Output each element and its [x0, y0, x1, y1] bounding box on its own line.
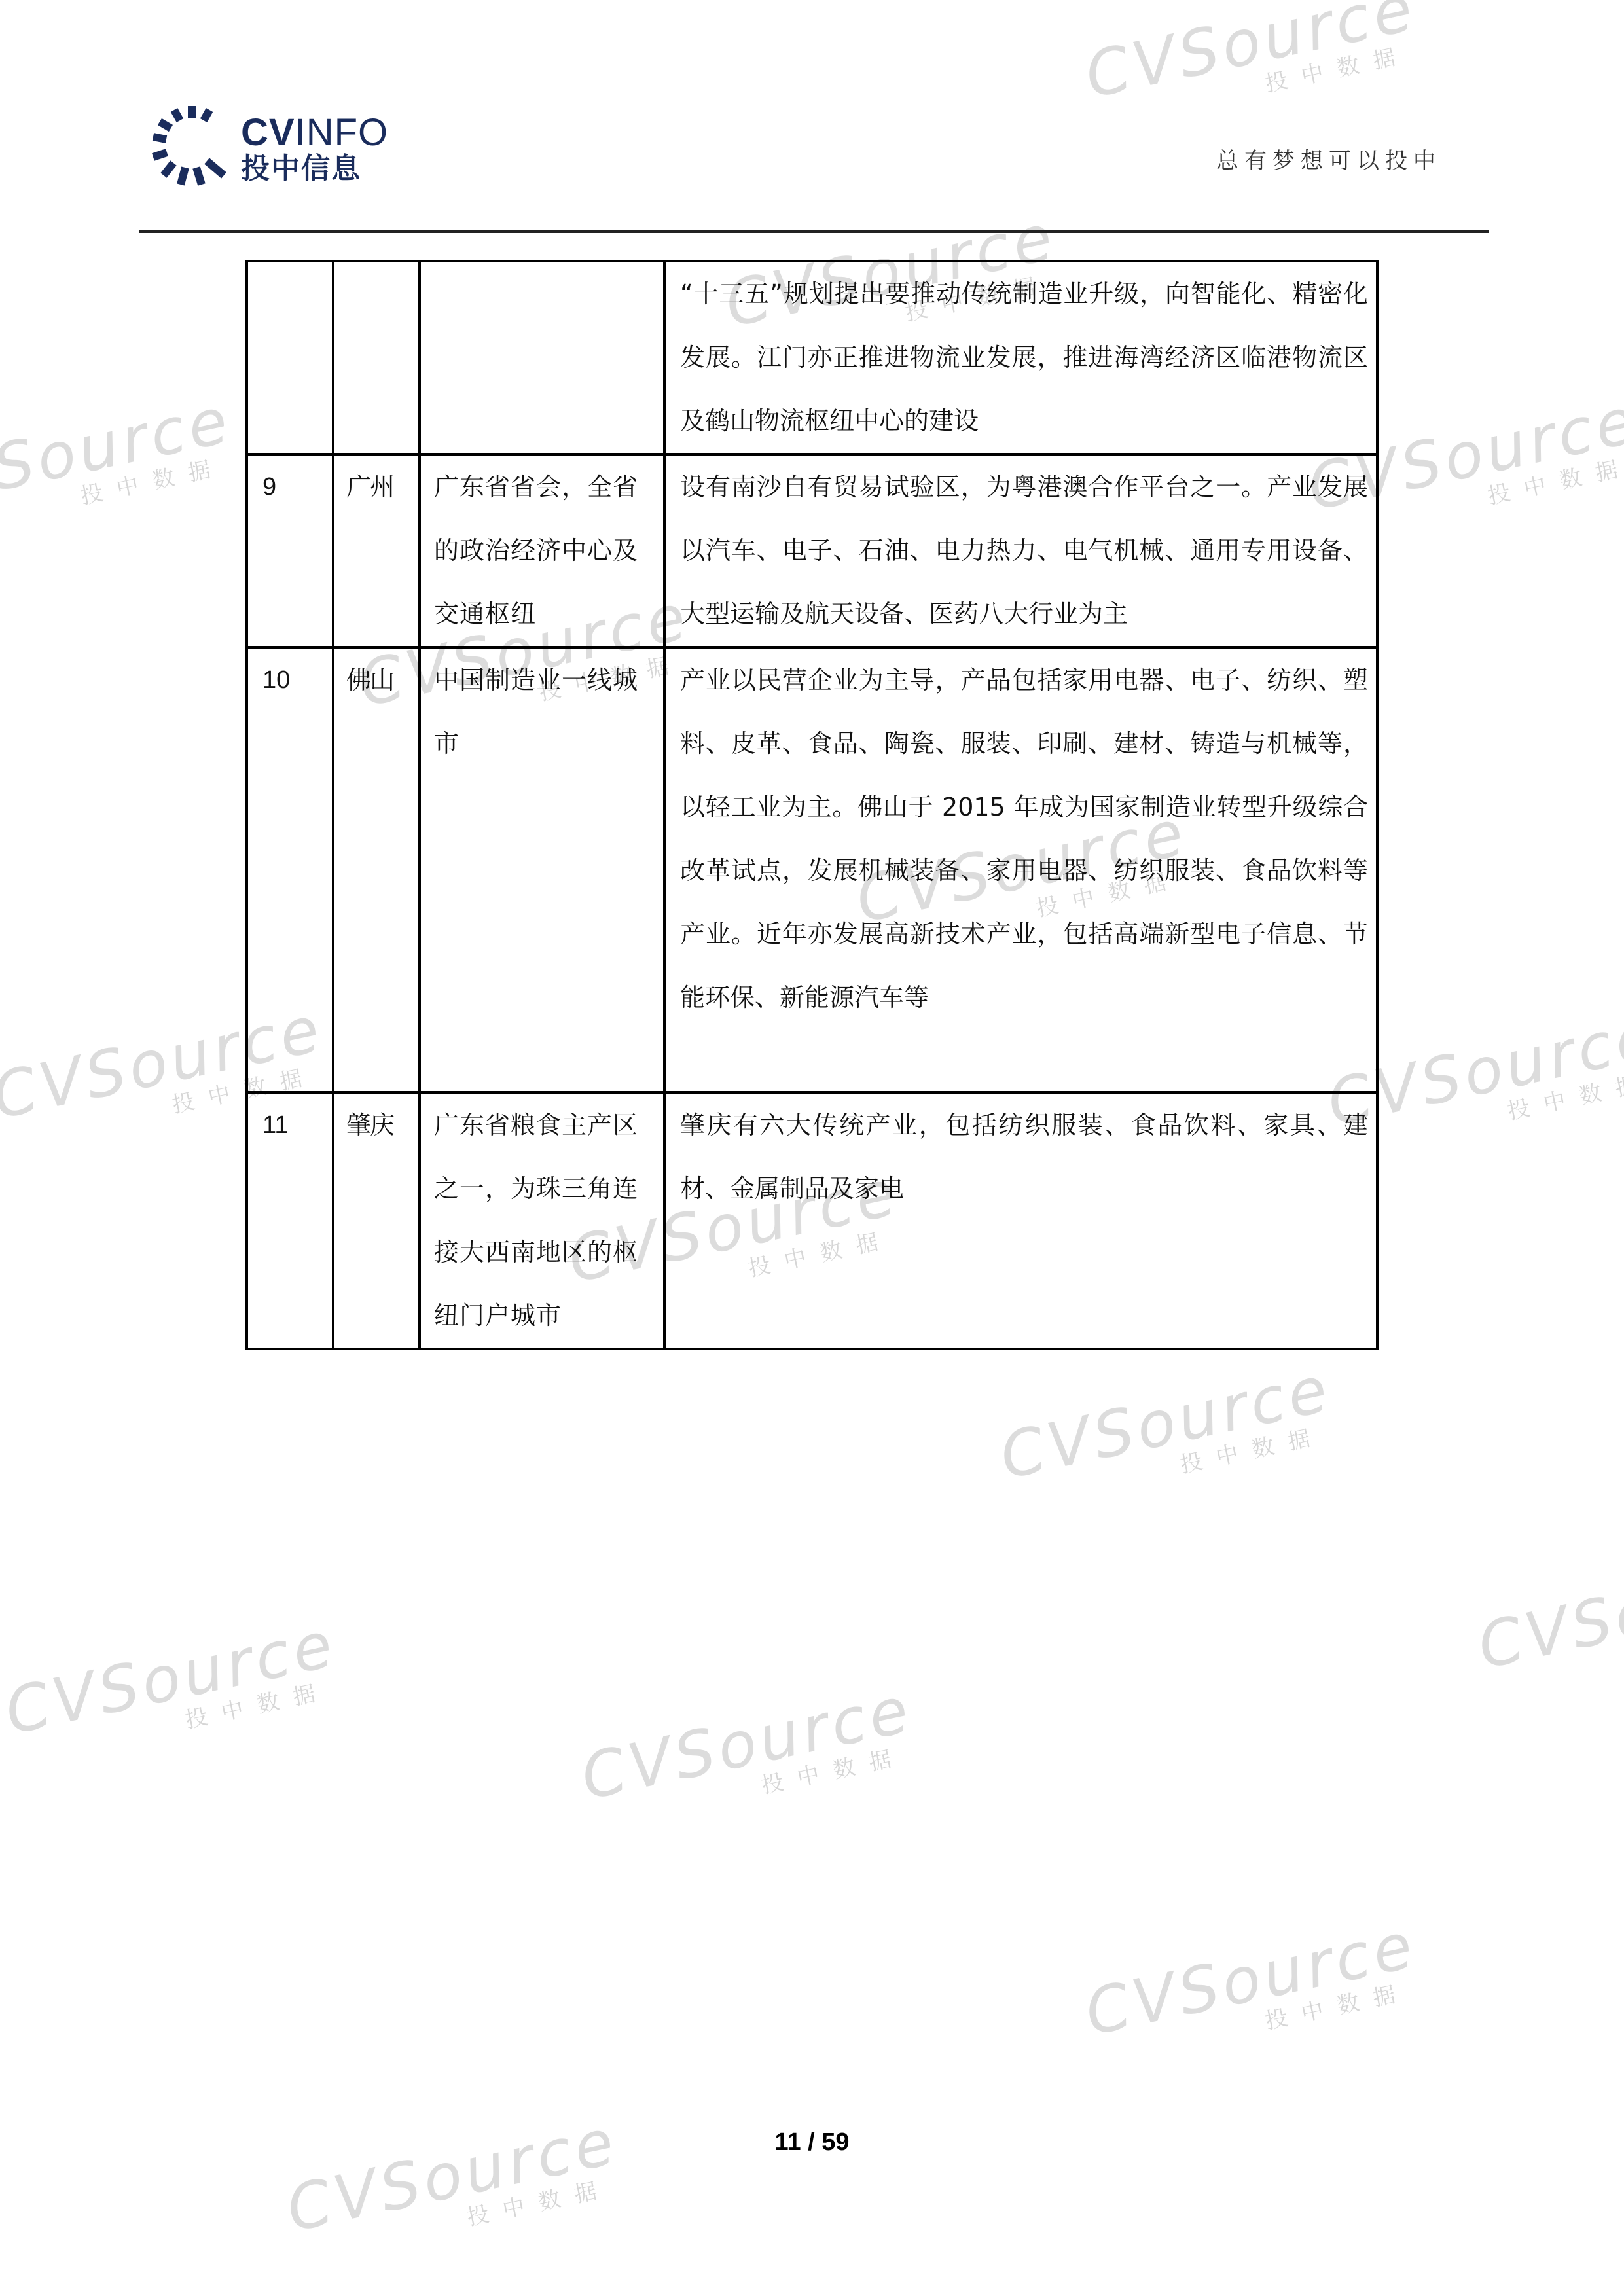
cell-industry: 肇庆有六大传统产业，包括纺织服装、食品饮料、家具、建材、金属制品及家电 — [664, 1092, 1377, 1349]
city-industry-table: “十三五”规划提出要推动传统制造业升级，向智能化、精密化发展。江门亦正推进物流业… — [245, 260, 1379, 1350]
cell-city: 肇庆 — [333, 1092, 420, 1349]
table-row: 11 肇庆 广东省粮食主产区之一，为珠三角连接大西南地区的枢纽门户城市 肇庆有六… — [247, 1092, 1377, 1349]
cell-number — [247, 261, 333, 454]
cell-number: 9 — [247, 454, 333, 647]
header-divider — [139, 230, 1489, 233]
cell-city: 广州 — [333, 454, 420, 647]
table-row: “十三五”规划提出要推动传统制造业升级，向智能化、精密化发展。江门亦正推进物流业… — [247, 261, 1377, 454]
logo-text-en: CVINFO — [241, 114, 388, 152]
watermark: CVSource投中数据 — [1080, 1913, 1426, 2069]
watermark: CVSource投中数据 — [0, 388, 242, 544]
watermark: CVSource投中数据 — [1473, 1547, 1624, 1702]
cell-industry: 设有南沙自有贸易试验区，为粤港澳合作平台之一。产业发展以汽车、电子、石油、电力热… — [664, 454, 1377, 647]
header-slogan: 总有梦想可以投中 — [1216, 143, 1441, 175]
burst-logo-icon — [149, 105, 234, 190]
cell-industry: 产业以民营企业为主导，产品包括家用电器、电子、纺织、塑料、皮革、食品、陶瓷、服装… — [664, 647, 1377, 1092]
page-indicator: 11 / 59 — [0, 2128, 1624, 2157]
cell-position: 中国制造业一线城市 — [420, 647, 664, 1092]
table-row: 10 佛山 中国制造业一线城市 产业以民营企业为主导，产品包括家用电器、电子、纺… — [247, 647, 1377, 1092]
watermark: CVSource投中数据 — [0, 1612, 346, 1768]
cell-number: 11 — [247, 1092, 333, 1349]
cell-city — [333, 261, 420, 454]
cell-number: 10 — [247, 647, 333, 1092]
watermark: CVSource投中数据 — [1080, 0, 1426, 132]
cell-city: 佛山 — [333, 647, 420, 1092]
logo-text-cn: 投中信息 — [241, 154, 361, 183]
watermark: CVSource投中数据 — [576, 1677, 922, 1833]
cell-industry: “十三五”规划提出要推动传统制造业升级，向智能化、精密化发展。江门亦正推进物流业… — [664, 261, 1377, 454]
cell-position: 广东省粮食主产区之一，为珠三角连接大西南地区的枢纽门户城市 — [420, 1092, 664, 1349]
cvinfo-logo: CVINFO 投中信息 — [149, 105, 398, 190]
table-row: 9 广州 广东省省会，全省的政治经济中心及交通枢纽 设有南沙自有贸易试验区，为粤… — [247, 454, 1377, 647]
cell-position — [420, 261, 664, 454]
watermark: CVSource投中数据 — [995, 1357, 1341, 1513]
cell-position: 广东省省会，全省的政治经济中心及交通枢纽 — [420, 454, 664, 647]
